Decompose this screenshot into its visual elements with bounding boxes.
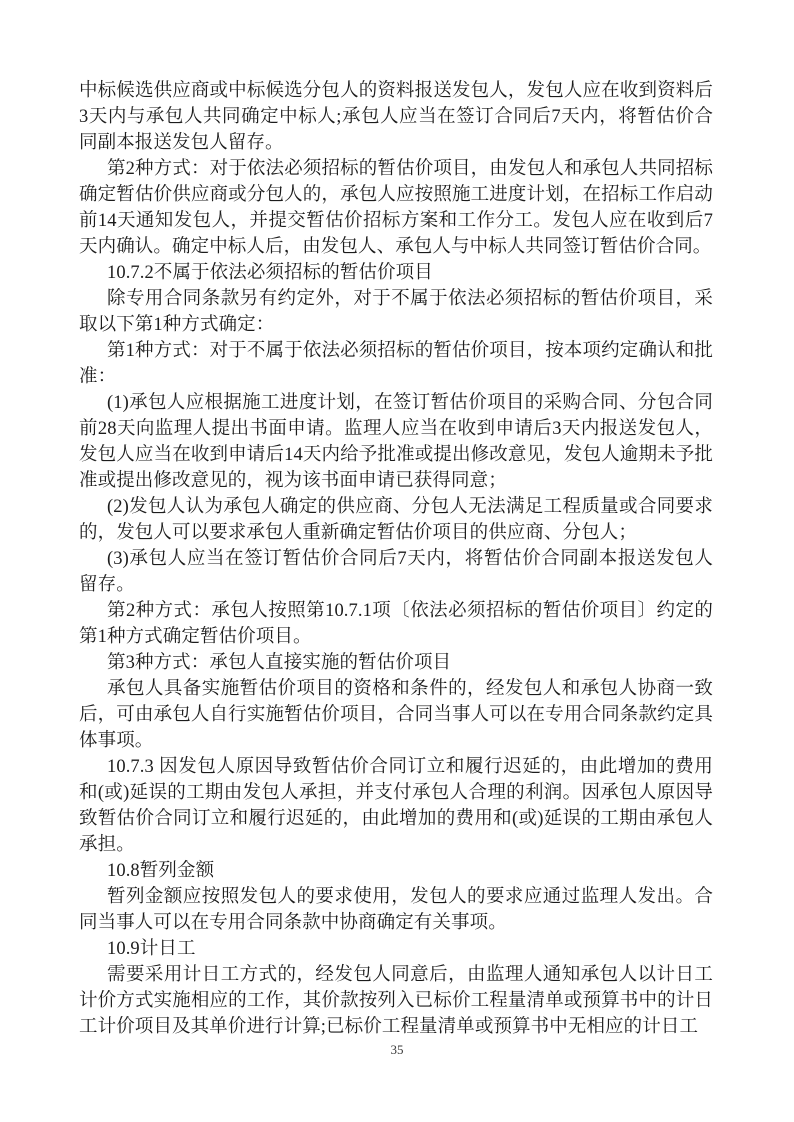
document-body: 中标候选供应商或中标候选分包人的资料报送发包人，发包人应在收到资料后3天内与承包… [79, 78, 713, 1040]
section-heading-10-7-2: 10.7.2不属于依法必须招标的暂估价项目 [79, 260, 713, 286]
list-item-3: (3)承包人应当在签订暂估价合同后7天内，将暂估价合同副本报送发包人留存。 [79, 546, 713, 598]
page-number: 35 [0, 1042, 794, 1058]
paragraph: 除专用合同条款另有约定外，对于不属于依法必须招标的暂估价项目，采取以下第1种方式… [79, 286, 713, 338]
paragraph: 暂列金额应按照发包人的要求使用，发包人的要求应通过监理人发出。合同当事人可以在专… [79, 884, 713, 936]
section-heading-10-9: 10.9计日工 [79, 936, 713, 962]
list-item-2: (2)发包人认为承包人确定的供应商、分包人无法满足工程质量或合同要求的，发包人可… [79, 494, 713, 546]
paragraph: 需要采用计日工方式的，经发包人同意后，由监理人通知承包人以计日工计价方式实施相应… [79, 962, 713, 1040]
paragraph-method-1: 第1种方式：对于不属于依法必须招标的暂估价项目，按本项约定确认和批准： [79, 338, 713, 390]
paragraph-method-2: 第2种方式：对于依法必须招标的暂估价项目，由发包人和承包人共同招标确定暂估价供应… [79, 156, 713, 260]
document-page: 中标候选供应商或中标候选分包人的资料报送发包人，发包人应在收到资料后3天内与承包… [0, 0, 794, 1122]
list-item-1: (1)承包人应根据施工进度计划，在签订暂估价项目的采购合同、分包合同前28天向监… [79, 390, 713, 494]
paragraph-method-3: 第3种方式：承包人直接实施的暂估价项目 [79, 650, 713, 676]
clause-10-7-3: 10.7.3 因发包人原因导致暂估价合同订立和履行迟延的，由此增加的费用和(或)… [79, 754, 713, 858]
section-heading-10-8: 10.8暂列金额 [79, 858, 713, 884]
paragraph-continuation: 中标候选供应商或中标候选分包人的资料报送发包人，发包人应在收到资料后3天内与承包… [79, 78, 713, 156]
paragraph-method-2b: 第2种方式：承包人按照第10.7.1项〔依法必须招标的暂估价项目〕约定的第1种方… [79, 598, 713, 650]
paragraph: 承包人具备实施暂估价项目的资格和条件的，经发包人和承包人协商一致后，可由承包人自… [79, 676, 713, 754]
